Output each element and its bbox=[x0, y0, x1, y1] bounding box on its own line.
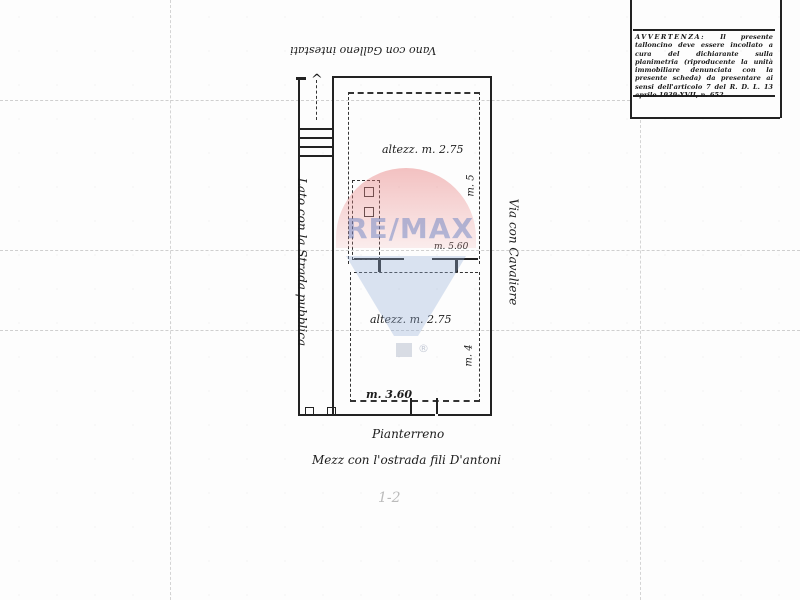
partition-post bbox=[455, 258, 458, 272]
fixture-icon bbox=[364, 207, 374, 217]
stair-step bbox=[300, 155, 332, 157]
notice-title: AVVERTENZA: bbox=[635, 33, 705, 41]
outer-wall-bottom-right bbox=[438, 414, 492, 416]
partition-post bbox=[378, 258, 381, 272]
page-mark: 1-2 bbox=[378, 490, 401, 506]
fixture-icon bbox=[364, 187, 374, 197]
corridor-wall-cap bbox=[296, 77, 306, 80]
outer-wall-top bbox=[332, 76, 492, 78]
outer-wall-left bbox=[332, 76, 334, 416]
lower-room-dim-horizontal: m. 3.60 bbox=[366, 388, 412, 401]
lower-room-outline bbox=[350, 272, 480, 402]
stair-step bbox=[300, 146, 332, 148]
column-icon bbox=[327, 407, 336, 416]
outer-wall-right bbox=[490, 76, 492, 416]
notice-divider bbox=[630, 117, 780, 119]
lower-room-height: altezz. m. 2.75 bbox=[370, 313, 452, 326]
stair-step bbox=[300, 137, 332, 139]
arrow-up-icon: ^ bbox=[311, 72, 323, 88]
upper-room-dim-vertical: m. 5 bbox=[466, 174, 477, 196]
outer-wall-bottom-left bbox=[300, 414, 435, 416]
stair-step bbox=[300, 128, 332, 130]
column-icon bbox=[305, 407, 314, 416]
faint-grid-line bbox=[0, 100, 630, 101]
upper-room-dim-horizontal: m. 5.60 bbox=[434, 242, 468, 252]
faint-grid-line bbox=[170, 0, 171, 600]
bottom-border-label: Mezz con l'ostrada fili D'antoni bbox=[312, 453, 501, 467]
top-border-label: Vano con Galleno intestati bbox=[290, 44, 436, 57]
lower-room-dim-vertical: m. 4 bbox=[464, 344, 475, 366]
floor-label: Pianterreno bbox=[372, 427, 444, 441]
faint-grid-line bbox=[640, 120, 641, 600]
right-border-label: Via con Cavaliere bbox=[506, 199, 520, 306]
left-border-label: Lato con la Strada pubblica bbox=[295, 178, 309, 346]
door-jamb bbox=[436, 398, 438, 414]
upper-room-height: altezz. m. 2.75 bbox=[382, 143, 464, 156]
notice-box: AVVERTENZA: Il presente talloncino deve … bbox=[633, 29, 775, 97]
notice-body: Il presente talloncino deve essere incol… bbox=[635, 33, 773, 99]
